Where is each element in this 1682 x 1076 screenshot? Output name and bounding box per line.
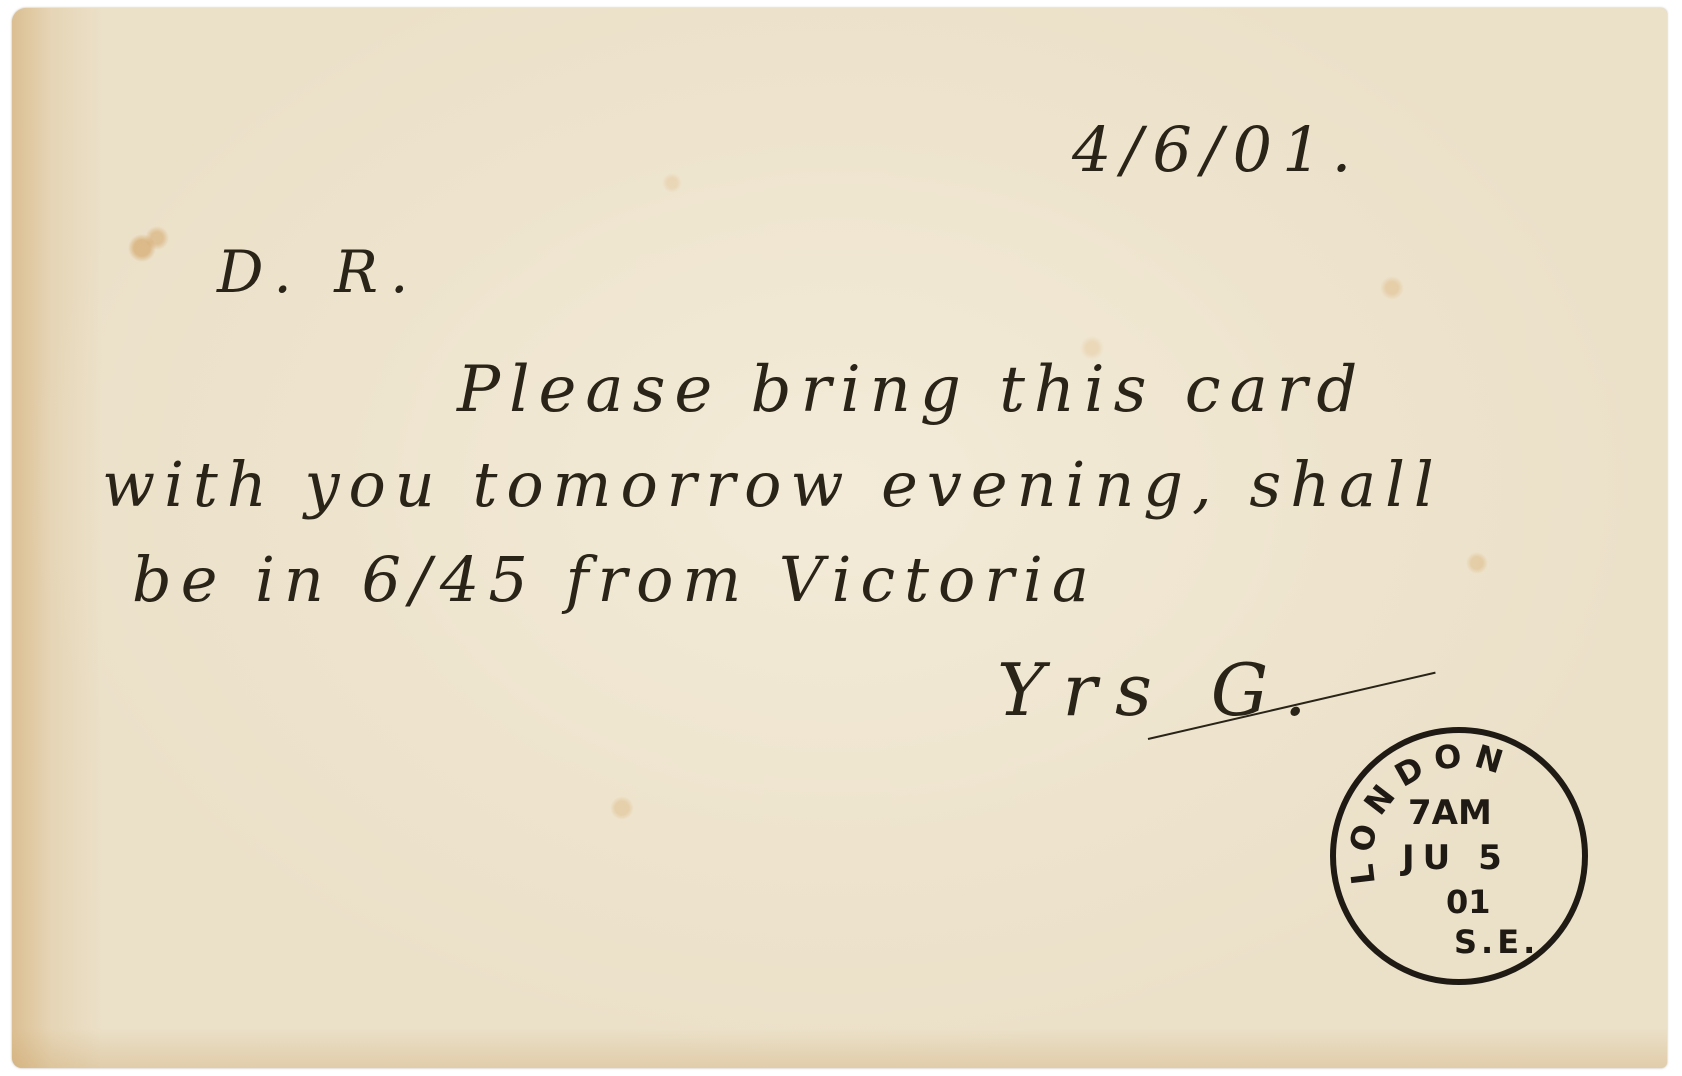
message-line-3: be in 6/45 from Victoria [132, 543, 1098, 616]
handwritten-date: 4/6/01. [1072, 113, 1361, 186]
message-line-1: Please bring this card [457, 353, 1366, 427]
postmark-year: 01 [1446, 883, 1491, 921]
postmark-time: 7AM [1408, 793, 1492, 833]
postmark-date: JU 5 [1402, 838, 1510, 878]
signature: Yrs G. [997, 648, 1325, 732]
postmark-stamp: LONDON 7AM JU 5 01 S.E. [1330, 727, 1588, 985]
postmark-office: S.E. [1454, 923, 1539, 961]
message-line-2: with you tomorrow evening, shall [102, 448, 1443, 521]
salutation: D. R. [217, 238, 420, 306]
